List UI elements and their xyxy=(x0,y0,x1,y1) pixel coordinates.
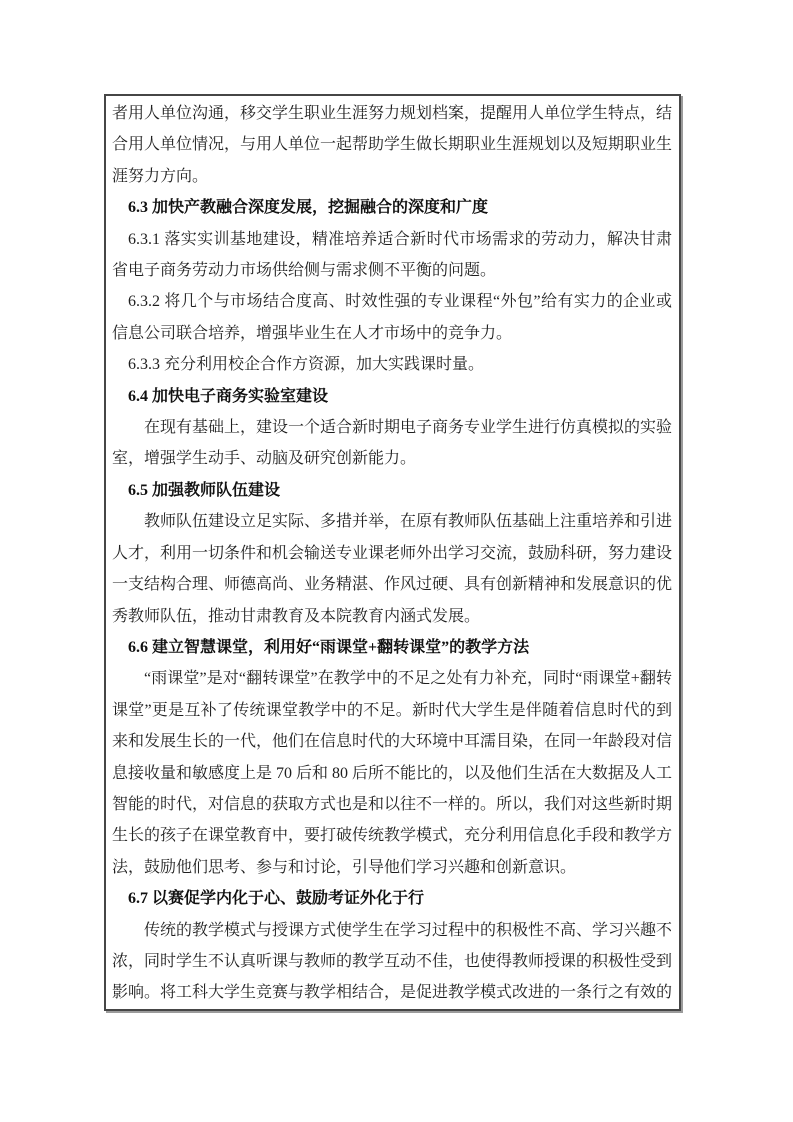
paragraph: 在现有基础上，建设一个适合新时期电子商务专业学生进行仿真模拟的实验室，增强学生动… xyxy=(112,412,672,475)
paragraph: 6.3.2 将几个与市场结合度高、时效性强的专业课程“外包”给有实力的企业或信息… xyxy=(112,286,672,349)
document-body: 者用人单位沟通，移交学生职业生涯努力规划档案，提醒用人单位学生特点，结合用人单位… xyxy=(112,98,672,1009)
paragraph: 教师队伍建设立足实际、多措并举，在原有教师队伍基础上注重培养和引进人才，利用一切… xyxy=(112,506,672,632)
section-heading: 6.5 加强教师队伍建设 xyxy=(112,475,672,506)
paragraph: 者用人单位沟通，移交学生职业生涯努力规划档案，提醒用人单位学生特点，结合用人单位… xyxy=(112,98,672,192)
section-heading: 6.7 以赛促学内化于心、鼓励考证外化于行 xyxy=(112,883,672,914)
paragraph: 6.3.1 落实实训基地建设，精准培养适合新时代市场需求的劳动力，解决甘肃省电子… xyxy=(112,224,672,287)
section-heading: 6.3 加快产教融合深度发展，挖掘融合的深度和广度 xyxy=(112,192,672,223)
section-heading: 6.6 建立智慧课堂，利用好“雨课堂+翻转课堂”的教学方法 xyxy=(112,632,672,663)
document-page: 者用人单位沟通，移交学生职业生涯努力规划档案，提醒用人单位学生特点，结合用人单位… xyxy=(0,0,793,1122)
paragraph: 6.3.3 充分利用校企合作方资源，加大实践课时量。 xyxy=(112,349,672,380)
section-heading: 6.4 加快电子商务实验室建设 xyxy=(112,381,672,412)
paragraph: 传统的教学模式与授课方式使学生在学习过程中的积极性不高、学习兴趣不浓，同时学生不… xyxy=(112,915,672,1009)
paragraph: “雨课堂”是对“翻转课堂”在教学中的不足之处有力补充，同时“雨课堂+翻转课堂”更… xyxy=(112,663,672,883)
table-cell-border: 者用人单位沟通，移交学生职业生涯努力规划档案，提醒用人单位学生特点，结合用人单位… xyxy=(104,94,681,1011)
